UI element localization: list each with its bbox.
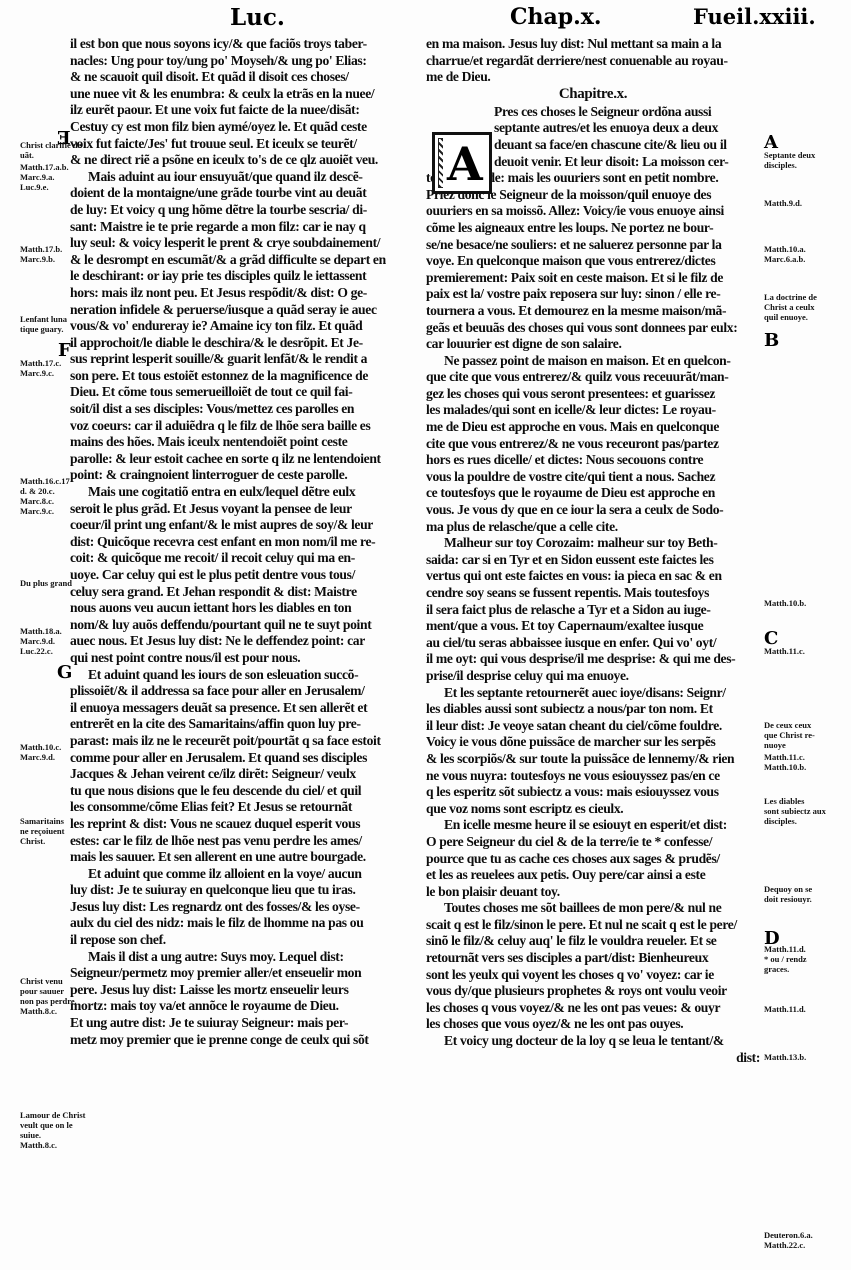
- margin-note: Matth.11.c.: [764, 646, 805, 656]
- text-line: auec nous. Et Jesus luy dist: Ne le deff…: [70, 633, 422, 650]
- text-line: Mais aduint au iour ensuyuãt/que quand i…: [70, 169, 422, 186]
- margin-note: Matth.16.c.17d. & 20.c.Marc.8.c.Marc.9.c…: [20, 476, 70, 516]
- text-line: Et ung autre dist: Je te suiuray Seigneu…: [70, 1015, 422, 1032]
- text-line: tournera a vous. Et demourez en la mesme…: [426, 303, 760, 320]
- text-line: mains des hões. Mais iceulx nentendoiẽt …: [70, 434, 422, 451]
- margin-note: Lenfant lunatique guary.: [20, 314, 67, 334]
- text-line: paix est la/ vostre paix reposera sur lu…: [426, 286, 760, 303]
- running-head-book: Luc.: [230, 4, 285, 31]
- text-line: voye. En quelconque maison que vous entr…: [426, 253, 760, 270]
- text-line: les choses que vous oyez/& ne les ont pa…: [426, 1016, 760, 1033]
- text-line: Et les septante retournerẽt auec ioye/di…: [426, 685, 760, 702]
- text-line: ment/que a vous. Et toy Capernaum/exalte…: [426, 618, 760, 635]
- margin-note: Les diablessont subiectz auxdisciples.: [764, 796, 826, 826]
- margin-note: Matth.17.b.Marc.9.b.: [20, 244, 62, 264]
- text-line: et les as reuelees aux petis. Ouy pere/c…: [426, 867, 760, 884]
- text-line: neration infidele & peruerse/iusque a qu…: [70, 302, 422, 319]
- text-line: une nuee vit & les enumbra: & ceulx la e…: [70, 86, 422, 103]
- section-letter: B: [764, 330, 779, 351]
- drop-cap-letter: A: [443, 137, 487, 191]
- text-line: estes: car le filz de lhõe nest pas venu…: [70, 833, 422, 850]
- text-line: car louurier est digne de son salaire.: [426, 336, 760, 353]
- text-line: Voicy ie vous dõne puissãce de marcher s…: [426, 734, 760, 751]
- text-line: uoye. Car celuy qui est le plus petit de…: [70, 567, 422, 584]
- text-line: & les scorpiõs/& sur toute la puissãce d…: [426, 751, 760, 768]
- text-line: & le desrompt en escumãt/& a grãd diffic…: [70, 252, 422, 269]
- text-line: au ciel/tu seras abbaissee iusque en enf…: [426, 635, 760, 652]
- text-line: celuy sera grand. Et Jehan respondit & d…: [70, 584, 422, 601]
- text-line: parast: mais ilz ne le receurẽt poit/pou…: [70, 733, 422, 750]
- text-line: coeur/il print ung enfant/& le mist aupr…: [70, 517, 422, 534]
- text-line: vous la pouldre de vostre cite/qui tient…: [426, 469, 760, 486]
- text-line: luy seul: & voicy lesperit le prent & cr…: [70, 235, 422, 252]
- text-line: ce toutesfoys que le royaume de Dieu est…: [426, 485, 760, 502]
- text-line: en ma maison. Jesus luy dist: Nul mettan…: [426, 36, 760, 53]
- text-line: il me oyt: qui vous desprise/il me despr…: [426, 651, 760, 668]
- margin-note: Matth.11.d.: [764, 1004, 806, 1014]
- text-line: Ne passez point de maison en maison. Et …: [426, 353, 760, 370]
- text-line: charrue/et regardãt derriere/nest conuen…: [426, 53, 760, 70]
- text-line: les choses q vous voyez/& ne les ont pas…: [426, 1000, 760, 1017]
- text-line: ouuriers en sa moissõ. Allez: Voicy/ie v…: [426, 203, 760, 220]
- text-line: vous/& vo' endureray ie? Amaine icy ton …: [70, 318, 422, 335]
- text-line: ilz eurẽt paour. Et une voix fut faicte …: [70, 102, 422, 119]
- text-line: me de Dieu.: [426, 69, 760, 86]
- text-line: Jesus luy dist: Les regnardz ont des fos…: [70, 899, 422, 916]
- text-line: il approchoit/le diable le deschira/& le…: [70, 335, 422, 352]
- text-line: Cestuy cy est mon filz bien aymé/oyez le…: [70, 119, 422, 136]
- text-line: comme pour aller en Jerusalem. Et quand …: [70, 750, 422, 767]
- text-line: saida: car si en Tyr et en Sidon eussent…: [426, 552, 760, 569]
- text-line: Mais une cogitatiõ entra en eulx/lequel …: [70, 484, 422, 501]
- margin-note: Matth.18.a.Marc.9.d.Luc.22.c.: [20, 626, 62, 656]
- text-line: & ne scauoit quil disoit. Et quãd il dis…: [70, 69, 422, 86]
- margin-note: Matth.11.c.Matth.10.b.: [764, 752, 806, 772]
- text-line: les consomme/cõme Elias feit? Et Jesus s…: [70, 799, 422, 816]
- text-line: seroit le plus grãd. Et Jesus voyant la …: [70, 501, 422, 518]
- text-line: il repose son chef.: [70, 932, 422, 949]
- text-line: hors: mais ilz nont peu. Et Jesus respõd…: [70, 285, 422, 302]
- text-line: ne vous nuyra: toutesfoys ne vous esiouy…: [426, 768, 760, 785]
- text-line: vertus qui ont este faictes en vous: ia …: [426, 568, 760, 585]
- text-line: Et voicy ung docteur de la loy q se leua…: [426, 1033, 760, 1050]
- text-line: prise/il desprise celuy qui ma enuoye.: [426, 668, 760, 685]
- text-line: coit: & quicõque me recoit/ il recoit ce…: [70, 550, 422, 567]
- margin-note: Dequoy on sedoit resiouyr.: [764, 884, 812, 904]
- text-line: luy dist: Je te suiuray en quelconque li…: [70, 882, 422, 899]
- text-line: scait q est le filz/sinon le pere. Et nu…: [426, 917, 760, 934]
- margin-note: Samaritainsne reçoiuentChrist.: [20, 816, 64, 846]
- text-line: doient de la montaigne/une grãde tourbe …: [70, 185, 422, 202]
- text-line: cendre soy seans se fussent repentis. Ma…: [426, 585, 760, 602]
- chapter-heading: Chapitre.x.: [426, 86, 760, 104]
- text-line: En icelle mesme heure il se esiouyt en e…: [426, 817, 760, 834]
- margin-note: Matth.10.b.: [764, 598, 806, 608]
- text-line: tu que nous disions que le feu descende …: [70, 783, 422, 800]
- margin-note: De ceux ceuxque Christ re-nuoye: [764, 720, 815, 750]
- text-line: il est bon que nous soyons icy/& que fac…: [70, 36, 422, 53]
- text-line: plissoiẽt/& il addressa sa face pour all…: [70, 683, 422, 700]
- book-page: Luc. Chap.x. Fueil.xxiii. il est bon que…: [0, 0, 851, 1270]
- text-line: il enuoya messagers deuãt sa presence. E…: [70, 700, 422, 717]
- text-line: que cite que vous entrerez/& quilz vous …: [426, 369, 760, 386]
- text-line: Dieu. Et cõme tous semerueilloiẽt de tou…: [70, 384, 422, 401]
- text-line: cite que vous entrerez/& ne vous receuro…: [426, 436, 760, 453]
- margin-note: Lamour de Christveult que on lesuiue.Mat…: [20, 1110, 86, 1150]
- text-line: vous dy/que plusieurs prophetes & roys o…: [426, 983, 760, 1000]
- text-line: mortz: mais toy va/et annõce le royaume …: [70, 998, 422, 1015]
- text-line: deuoit venir. Et leur disoit: La moisson…: [494, 154, 760, 171]
- text-line: son pere. Et tous estoiẽt estonnez de la…: [70, 368, 422, 385]
- margin-note: Septante deuxdisciples.: [764, 150, 815, 170]
- text-line: sus reprint lesperit souille/& guarit le…: [70, 351, 422, 368]
- text-line: metz moy premier que ie prenne conge de …: [70, 1032, 422, 1049]
- margin-note: Matth.13.b.: [764, 1052, 806, 1062]
- margin-note: Matth.17.c.Marc.9.c.: [20, 358, 61, 378]
- text-line: de luy: Et voicy q ung hõme dẽtre la tou…: [70, 202, 422, 219]
- text-line: soit/il dist a ses disciples: Vous/mette…: [70, 401, 422, 418]
- text-line: sinõ le filz/& celuy auq' le filz le vou…: [426, 933, 760, 950]
- text-line: Toutes choses me sõt baillees de mon per…: [426, 900, 760, 917]
- text-line: se/ne besace/ne souliers: et ne saluerez…: [426, 237, 760, 254]
- text-line: les diables aussi sont subiectz a nous/p…: [426, 701, 760, 718]
- text-line: septante autres/et les enuoya deux a deu…: [494, 120, 760, 137]
- decorated-initial: A: [432, 132, 492, 194]
- margin-note: Matth.10.c.Marc.9.d.: [20, 742, 61, 762]
- text-line: geãs et beuuãs des choses qui vous sont …: [426, 320, 760, 337]
- folio-number: Fueil.xxiii.: [693, 4, 816, 29]
- text-line: qui nest point contre nous/il est pour n…: [70, 650, 422, 667]
- text-line: deuant sa face/en chascune cite/& lieu o…: [494, 137, 760, 154]
- text-line: & ne direct riẽ a psõne en iceulx to's d…: [70, 152, 422, 169]
- text-line: que voz noms sont escriptz es cieulx.: [426, 801, 760, 818]
- running-head-chapter: Chap.x.: [510, 4, 602, 30]
- text-line: Et aduint quand les iours de son esleuat…: [70, 667, 422, 684]
- text-line: hors es rues dicelle/ et dictes: Nous se…: [426, 452, 760, 469]
- text-line-last: dist:: [426, 1050, 760, 1067]
- text-line: il sera faict plus de relasche a Tyr et …: [426, 602, 760, 619]
- text-line: me de Dieu est approche en vous. Mais en…: [426, 419, 760, 436]
- text-line: nacles: Ung pour toy/ung po' Moyseh/& un…: [70, 53, 422, 70]
- margin-note: Matth.10.a.Marc.6.a.b.: [764, 244, 806, 264]
- margin-note: Christ venupour sauuernon pas perdre.Mat…: [20, 976, 77, 1016]
- margin-note: Du plus grand: [20, 578, 72, 588]
- text-line: Seigneur/permetz moy premier aller/et en…: [70, 965, 422, 982]
- text-line: Et aduint que comme ilz alloient en la v…: [70, 866, 422, 883]
- margin-note: Matth.17.a.b.Marc.9.a.Luc.9.e.: [20, 162, 69, 192]
- margin-note: Deuteron.6.a.Matth.22.c.: [764, 1230, 813, 1250]
- text-line: cõme les aigneaux entre les loups. Ne po…: [426, 220, 760, 237]
- text-line: parolle: & leur estoit cachee en sorte q…: [70, 451, 422, 468]
- text-line: entrerẽt en la cite des Samaritains/affi…: [70, 716, 422, 733]
- text-line: premierement: Paix soit en ceste maison.…: [426, 270, 760, 287]
- text-line: pere. Jesus luy dist: Laisse les mortz e…: [70, 982, 422, 999]
- text-line: nom/& luy auõs deffendu/pourtant quil ne…: [70, 617, 422, 634]
- text-line: pource que tu as cache ces choses aux sa…: [426, 851, 760, 868]
- text-line: O pere Seigneur du ciel & de la terre/ie…: [426, 834, 760, 851]
- text-line: ma plus de relasche/que a celle cite.: [426, 519, 760, 536]
- text-line: gez les choses qui vous seront presentee…: [426, 386, 760, 403]
- text-line: voix fut faicte/Jes' fut trouue seul. Et…: [70, 136, 422, 153]
- text-line: q les esperitz sõt subiectz a vous: mais…: [426, 784, 760, 801]
- text-line: aulx du ciel des nidz: mais le filz de l…: [70, 915, 422, 932]
- text-line: dist: Quicõque recevra cest enfant en mo…: [70, 534, 422, 551]
- text-line: sont les yeulx qui voyent les choses q v…: [426, 967, 760, 984]
- margin-note: Christ clarifie deuãt.: [20, 140, 81, 160]
- text-line: voz coeurs: car il aduiẽdra q le filz de…: [70, 418, 422, 435]
- text-line: point: & craingnoient linterroguer de ce…: [70, 467, 422, 484]
- margin-note: Matth.9.d.: [764, 198, 802, 208]
- text-line: Jacques & Jehan veirent ce/ilz dirẽt: Se…: [70, 766, 422, 783]
- left-text-column: il est bon que nous soyons icy/& que fac…: [70, 36, 422, 1048]
- text-line: sant: Maistre ie te prie regarde a mon f…: [70, 219, 422, 236]
- text-line: il leur dist: Je veoye satan cheant du c…: [426, 718, 760, 735]
- text-line: le bon plaisir deuant toy.: [426, 884, 760, 901]
- text-line: Malheur sur toy Corozaim: malheur sur to…: [426, 535, 760, 552]
- text-line: les reprint & dist: Vous ne scauez duque…: [70, 816, 422, 833]
- margin-note: Matth.11.d.* ou / rendzgraces.: [764, 944, 807, 974]
- margin-note: La doctrine deChrist a ceulxquil enuoye.: [764, 292, 817, 322]
- text-line: mais les sauuer. Et sen allerent en une …: [70, 849, 422, 866]
- section-letter: G: [57, 662, 72, 683]
- text-line: le deschirant: or iay prie tes disciples…: [70, 268, 422, 285]
- text-line: vous. Je vous dy que en ce iour la sera …: [426, 502, 760, 519]
- text-line: retournãt vers ses disciples a part/dist…: [426, 950, 760, 967]
- text-line: Mais il dist a ung autre: Suys moy. Lequ…: [70, 949, 422, 966]
- text-line: Pres ces choses le Seigneur ordõna aussi: [494, 104, 760, 121]
- text-line: nous auons veu aucun iettant hors les di…: [70, 600, 422, 617]
- text-line: les malades/qui sont en icelle/& leur di…: [426, 402, 760, 419]
